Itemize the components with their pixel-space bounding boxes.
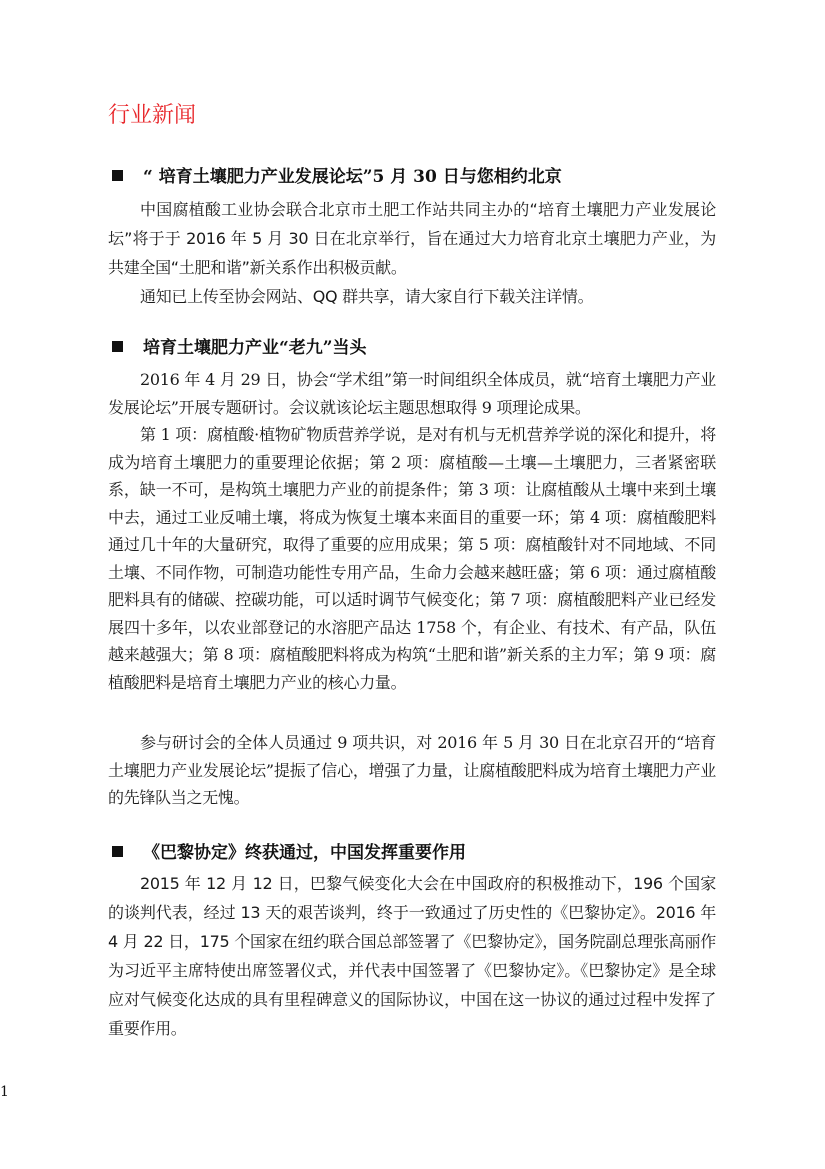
article-2-paragraph-2: 第 1 项：腐植酸·植物矿物质营养学说，是对有机与无机营养学说的深化和提升，将成… xyxy=(108,421,716,696)
article-2-headline: 培育土壤肥力产业“老九”当头 xyxy=(112,337,367,359)
article-3-headline: 《巴黎协定》终获通过，中国发挥重要作用 xyxy=(112,842,466,864)
article-1-headline: “ 培育土壤肥力产业发展论坛”5 月 30 日与您相约北京 xyxy=(112,166,562,188)
article-2-paragraph-1: 2016 年 4 月 29 日，协会“学术组”第一时间组织全体成员，就“培育土壤… xyxy=(108,366,716,421)
page-number: 1 xyxy=(0,1084,9,1100)
article-3-paragraph-1: 2015 年 12 月 12 日，巴黎气候变化大会在中国政府的积极推动下，196… xyxy=(108,869,716,1043)
document-page: 行业新闻 “ 培育土壤肥力产业发展论坛”5 月 30 日与您相约北京 中国腐植酸… xyxy=(0,0,825,1169)
square-bullet-icon xyxy=(112,341,123,352)
square-bullet-icon xyxy=(112,170,123,181)
article-3-headline-text: 《巴黎协定》终获通过，中国发挥重要作用 xyxy=(143,843,466,863)
section-title: 行业新闻 xyxy=(108,102,196,130)
article-1-headline-text: “ 培育土壤肥力产业发展论坛”5 月 30 日与您相约北京 xyxy=(143,167,562,187)
square-bullet-icon xyxy=(112,846,123,857)
article-1-paragraph-2: 通知已上传至协会网站、QQ 群共享，请大家自行下载关注详情。 xyxy=(108,282,716,311)
article-2-headline-text: 培育土壤肥力产业“老九”当头 xyxy=(143,338,367,358)
article-1-paragraph-1: 中国腐植酸工业协会联合北京市土肥工作站共同主办的“培育土壤肥力产业发展论坛”将于… xyxy=(108,195,716,282)
article-2-paragraph-3: 参与研讨会的全体人员通过 9 项共识，对 2016 年 5 月 30 日在北京召… xyxy=(108,729,716,812)
